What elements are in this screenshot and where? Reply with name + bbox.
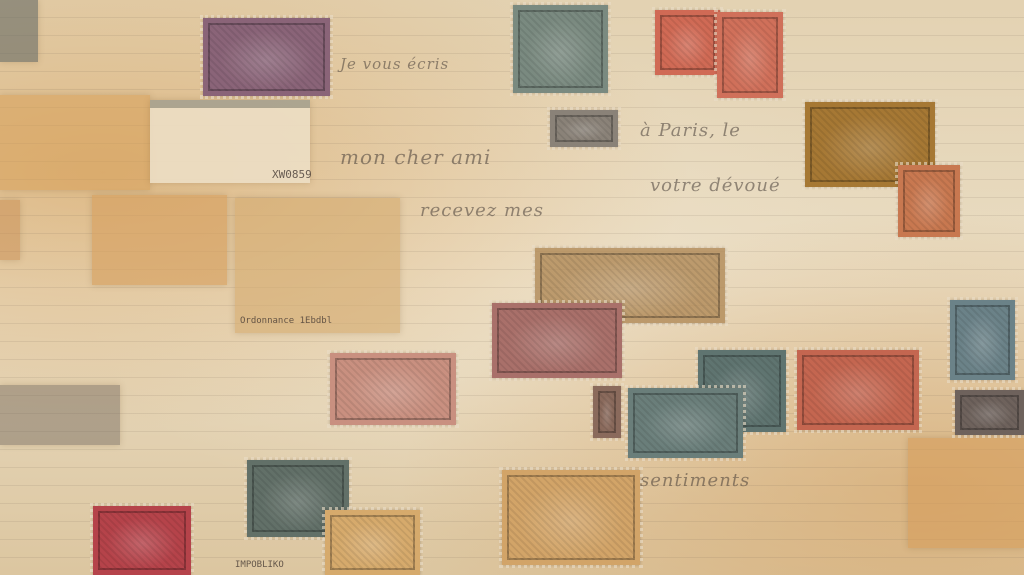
red-portrait-stamp xyxy=(717,12,783,98)
amber-paper-right xyxy=(0,200,20,260)
orange-small-stamp xyxy=(898,165,960,237)
handwriting-line: à Paris, le xyxy=(640,120,741,141)
amber-paper-patch xyxy=(0,95,150,190)
serial-number: XW0859 xyxy=(272,168,312,181)
tan-note-stamp xyxy=(325,510,420,575)
handwriting-line: Je vous écris xyxy=(340,55,449,73)
amber-letter-center xyxy=(235,198,400,333)
crimson-stamp xyxy=(93,506,191,575)
small-brown-stamp xyxy=(593,386,621,438)
teal-tower-stamp xyxy=(628,388,743,458)
small-grey-stamp xyxy=(550,110,618,147)
ledger-text: Ordonnance 1Ebdbl xyxy=(240,316,332,326)
rose-stamp xyxy=(492,303,622,378)
amber-letter-stamp xyxy=(502,470,640,565)
red-oval-stamp xyxy=(655,10,720,75)
amber-letter-left xyxy=(92,195,227,285)
handwriting-line: recevez mes xyxy=(420,200,544,221)
handwriting-line: sentiments xyxy=(640,470,750,491)
sage-landscape-stamp xyxy=(513,5,608,93)
handwriting-line: mon cher ami xyxy=(340,145,491,169)
slate-stamp xyxy=(950,300,1015,380)
dark-portrait-stamp xyxy=(955,390,1024,435)
amber-paper-bottom-right xyxy=(908,438,1024,548)
grey-engraving-left xyxy=(0,385,120,445)
bottom-tag-text: IMPOBLIKO xyxy=(235,560,284,570)
grey-engraving-top-left xyxy=(0,0,38,62)
handwriting-line: votre dévoué xyxy=(650,175,781,196)
purple-stamp xyxy=(203,18,330,96)
red-city-stamp xyxy=(797,350,919,430)
pink-letter-stamp xyxy=(330,353,456,425)
